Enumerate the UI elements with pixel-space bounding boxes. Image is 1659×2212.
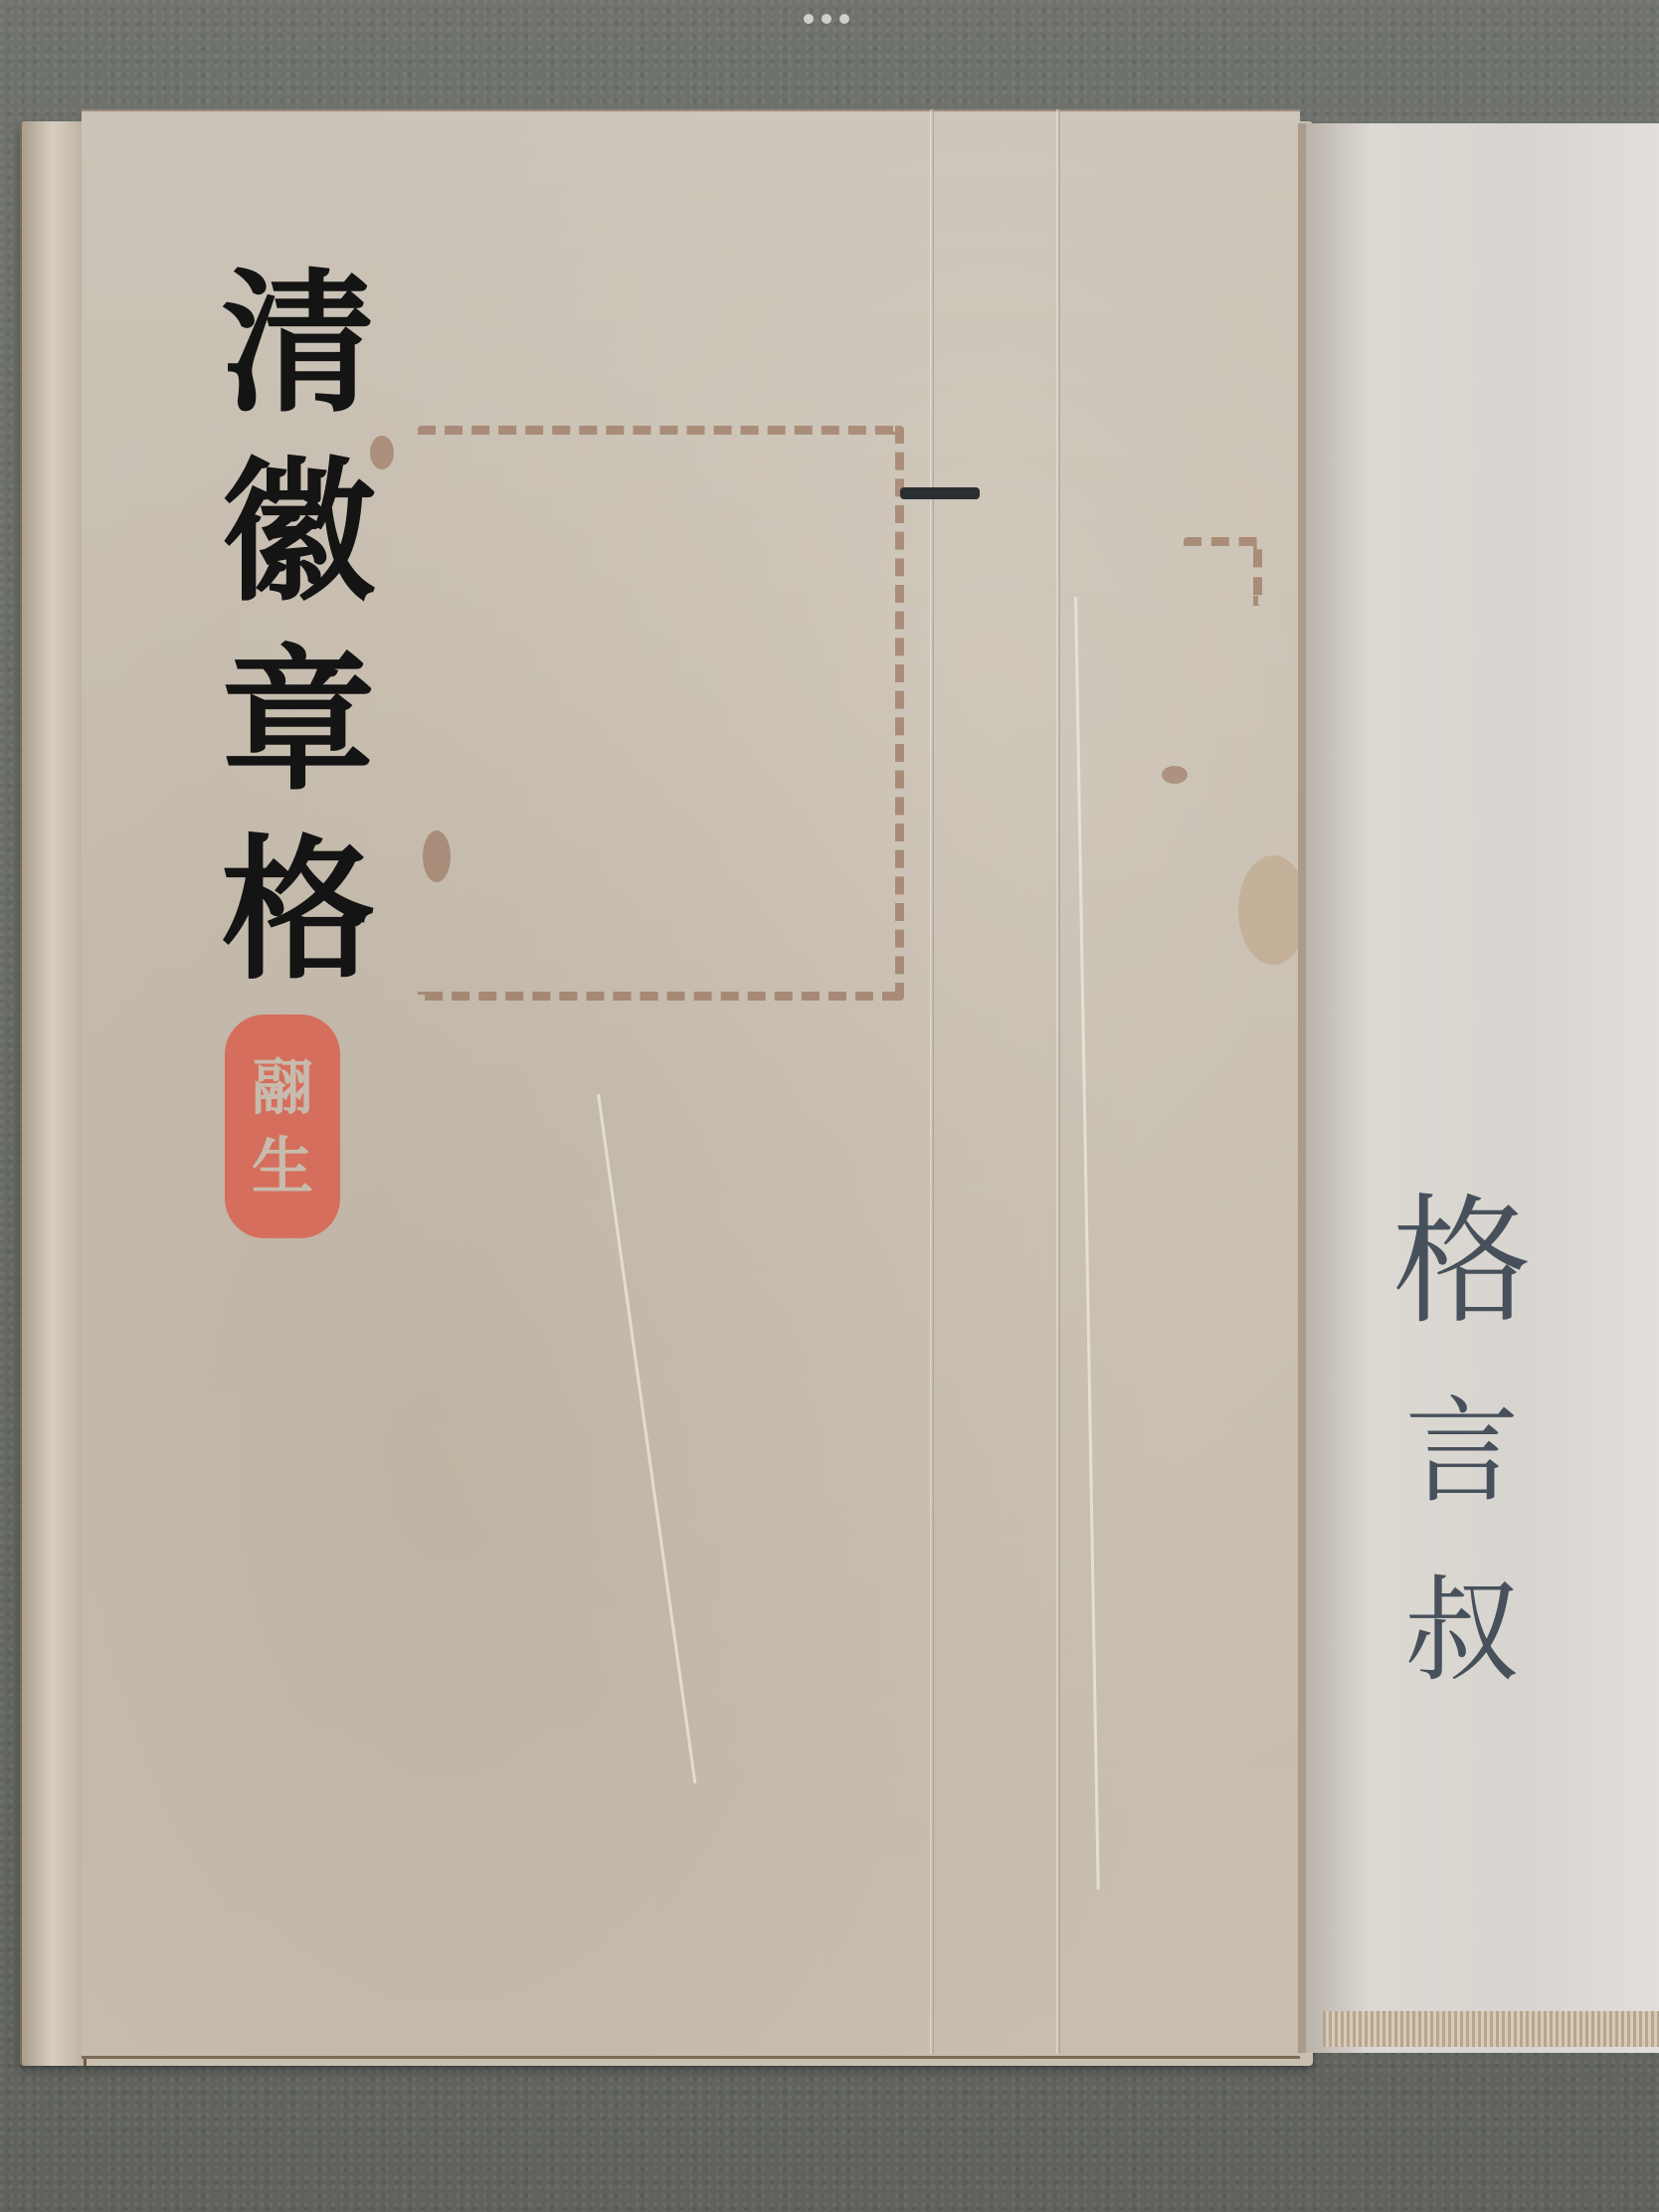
title-char: 徽 — [222, 438, 376, 627]
inner-page — [1303, 123, 1659, 2053]
inner-page-fold — [1298, 123, 1306, 2053]
inner-page-text: 格 言 叔 — [1343, 1164, 1581, 1721]
page-indicator-dots — [804, 14, 849, 24]
indicator-dot — [804, 14, 814, 24]
inner-page-char: 格 — [1392, 1164, 1532, 1363]
cover-fold-line — [930, 109, 934, 2054]
stain-spot — [423, 830, 451, 882]
book-spine-edge — [20, 121, 87, 2066]
cloth-binding-edge — [1323, 2011, 1659, 2047]
indicator-dot — [822, 14, 831, 24]
seal-char: 生 — [252, 1127, 313, 1206]
title-char: 格 — [222, 816, 376, 1005]
inner-page-char: 叔 — [1404, 1542, 1519, 1721]
stain-spot — [1162, 766, 1188, 784]
title-char: 章 — [222, 627, 376, 816]
stain-frame-left — [418, 426, 904, 1001]
cover-fold-line — [1056, 109, 1060, 2054]
seal-char: 翮 — [252, 1047, 313, 1127]
inner-page-char: 言 — [1404, 1363, 1519, 1542]
cover-title: 清 徽 章 格 — [179, 249, 418, 1005]
title-char: 清 — [222, 249, 376, 438]
red-seal-stamp: 翮 生 — [225, 1014, 340, 1238]
indicator-dot — [839, 14, 849, 24]
ink-mark — [900, 487, 980, 499]
stain-frame-right — [1184, 537, 1262, 606]
